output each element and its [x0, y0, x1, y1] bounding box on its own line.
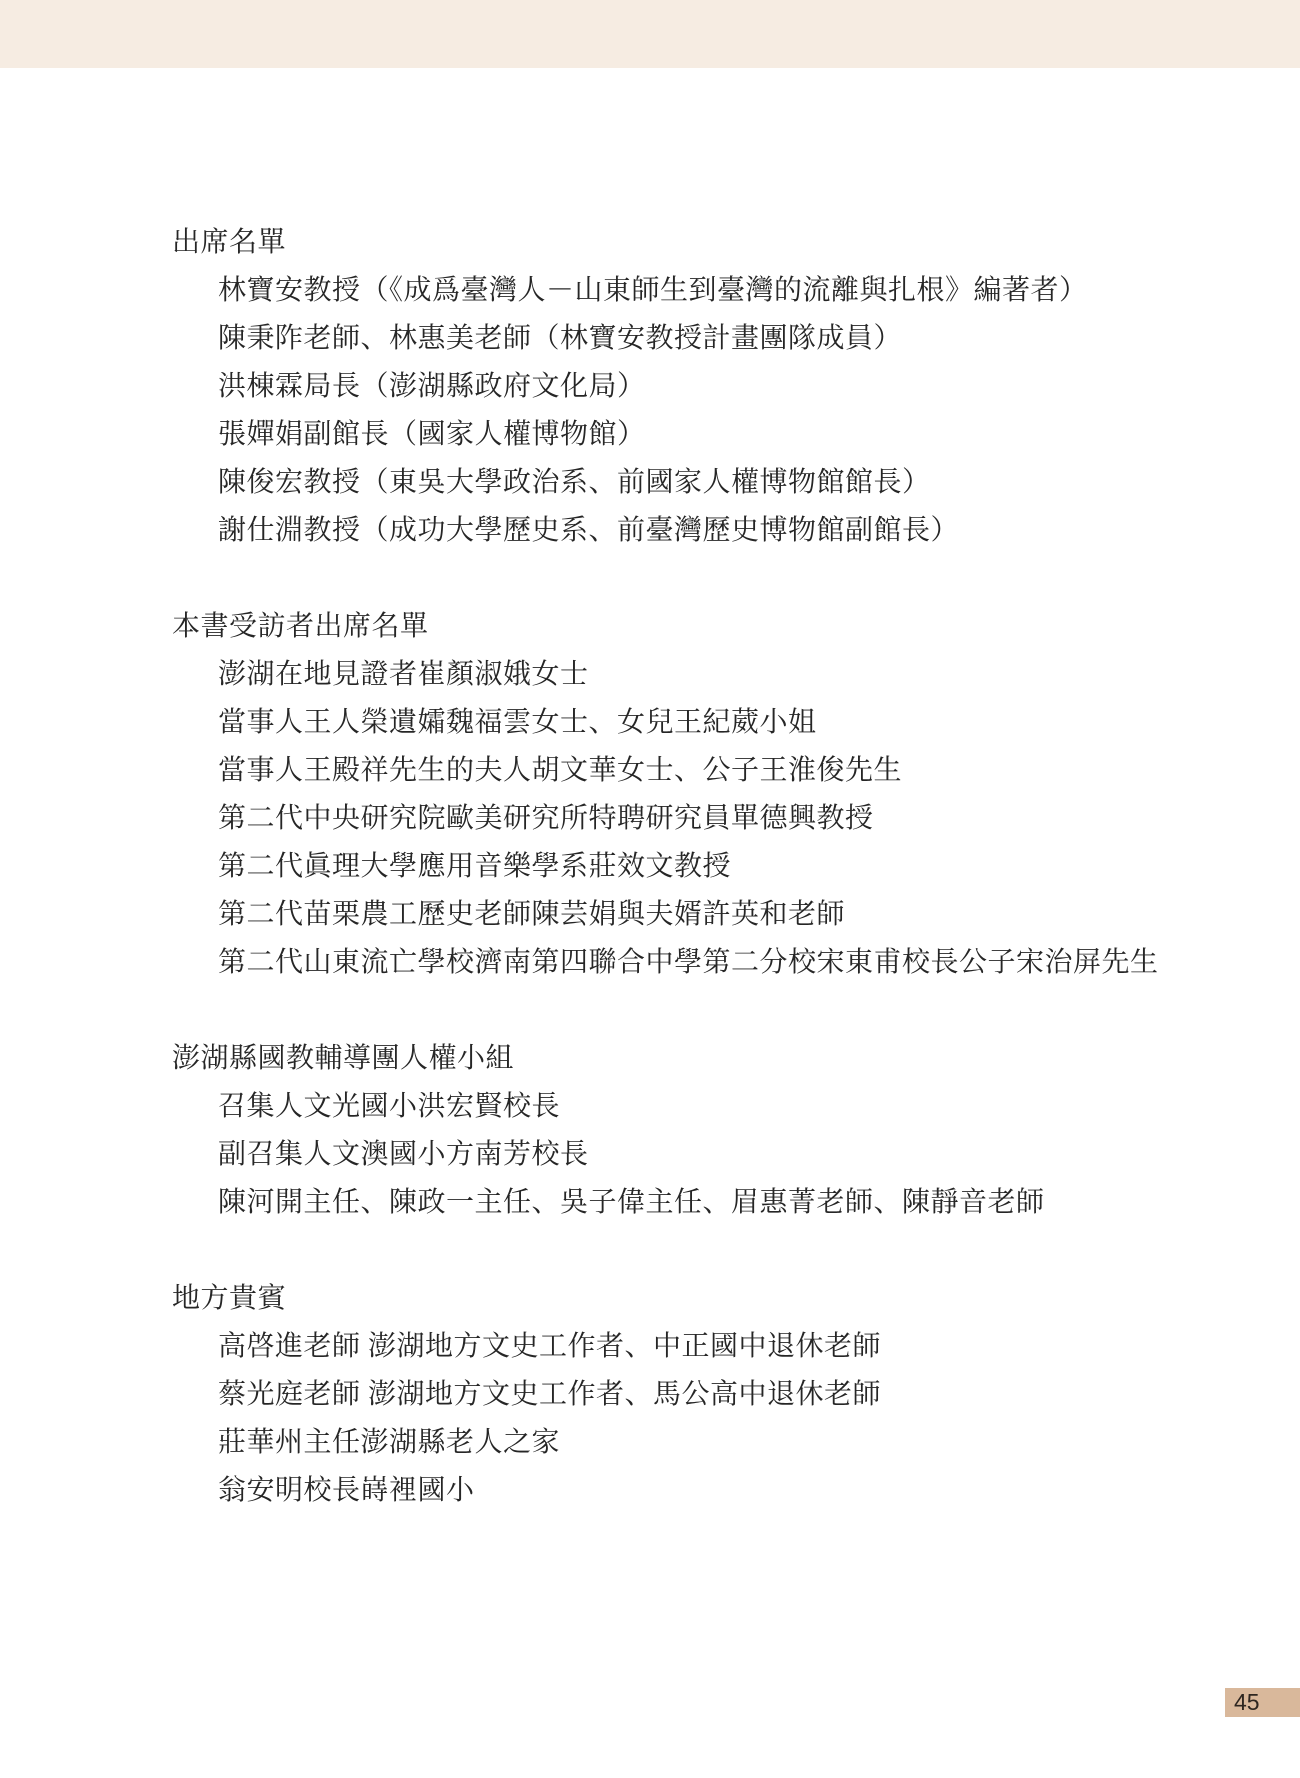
attendee-line: 第二代山東流亡學校濟南第四聯合中學第二分校宋東甫校長公子宋治屏先生 — [172, 939, 1202, 987]
attendee-line: 澎湖在地見證者崔顏淑娥女士 — [172, 651, 1202, 699]
attendee-line: 洪棟霖局長（澎湖縣政府文化局） — [172, 363, 1202, 411]
attendee-line: 林寶安教授（《成爲臺灣人－山東師生到臺灣的流離與扎根》編著者） — [172, 267, 1202, 315]
top-margin-band — [0, 0, 1300, 68]
attendee-line: 高啓進老師 澎湖地方文史工作者、中正國中退休老師 — [172, 1323, 1202, 1371]
attendee-line: 副召集人文澳國小方南芳校長 — [172, 1131, 1202, 1179]
section-heading: 地方貴賓 — [172, 1275, 1202, 1323]
attendee-section: 出席名單林寶安教授（《成爲臺灣人－山東師生到臺灣的流離與扎根》編著者）陳秉阼老師… — [172, 219, 1202, 555]
attendee-line: 張嬋娟副館長（國家人權博物館） — [172, 411, 1202, 459]
attendee-line: 翁安明校長嵵裡國小 — [172, 1467, 1202, 1515]
section-heading: 澎湖縣國教輔導團人權小組 — [172, 1035, 1202, 1083]
attendee-line: 第二代苗栗農工歷史老師陳芸娟與夫婿許英和老師 — [172, 891, 1202, 939]
attendee-line: 第二代中央研究院歐美研究所特聘研究員單德興教授 — [172, 795, 1202, 843]
attendee-line: 陳秉阼老師、林惠美老師（林寶安教授計畫團隊成員） — [172, 315, 1202, 363]
section-heading: 本書受訪者出席名單 — [172, 603, 1202, 651]
attendee-line: 謝仕淵教授（成功大學歷史系、前臺灣歷史博物館副館長） — [172, 507, 1202, 555]
sections-container: 出席名單林寶安教授（《成爲臺灣人－山東師生到臺灣的流離與扎根》編著者）陳秉阼老師… — [172, 219, 1202, 1515]
attendee-line: 當事人王人榮遺孀魏福雲女士、女兒王紀葳小姐 — [172, 699, 1202, 747]
section-heading: 出席名單 — [172, 219, 1202, 267]
attendee-line: 蔡光庭老師 澎湖地方文史工作者、馬公高中退休老師 — [172, 1371, 1202, 1419]
page-number: 45 — [1234, 1689, 1260, 1715]
attendee-line: 陳河開主任、陳政一主任、吳子偉主任、眉惠菁老師、陳靜音老師 — [172, 1179, 1202, 1227]
book-page: 出席名單林寶安教授（《成爲臺灣人－山東師生到臺灣的流離與扎根》編著者）陳秉阼老師… — [0, 0, 1300, 1778]
attendee-line: 第二代眞理大學應用音樂學系莊效文教授 — [172, 843, 1202, 891]
attendee-line: 召集人文光國小洪宏賢校長 — [172, 1083, 1202, 1131]
attendee-section: 澎湖縣國教輔導團人權小組召集人文光國小洪宏賢校長副召集人文澳國小方南芳校長陳河開… — [172, 1035, 1202, 1227]
attendee-lists: 出席名單林寶安教授（《成爲臺灣人－山東師生到臺灣的流離與扎根》編著者）陳秉阼老師… — [172, 219, 1202, 1515]
attendee-line: 陳俊宏教授（東吳大學政治系、前國家人權博物館館長） — [172, 459, 1202, 507]
attendee-line: 莊華州主任澎湖縣老人之家 — [172, 1419, 1202, 1467]
attendee-line: 當事人王殿祥先生的夫人胡文華女士、公子王淮俊先生 — [172, 747, 1202, 795]
attendee-section: 本書受訪者出席名單澎湖在地見證者崔顏淑娥女士當事人王人榮遺孀魏福雲女士、女兒王紀… — [172, 603, 1202, 987]
page-number-tab: 45 — [1225, 1688, 1300, 1717]
attendee-section: 地方貴賓高啓進老師 澎湖地方文史工作者、中正國中退休老師蔡光庭老師 澎湖地方文史… — [172, 1275, 1202, 1515]
